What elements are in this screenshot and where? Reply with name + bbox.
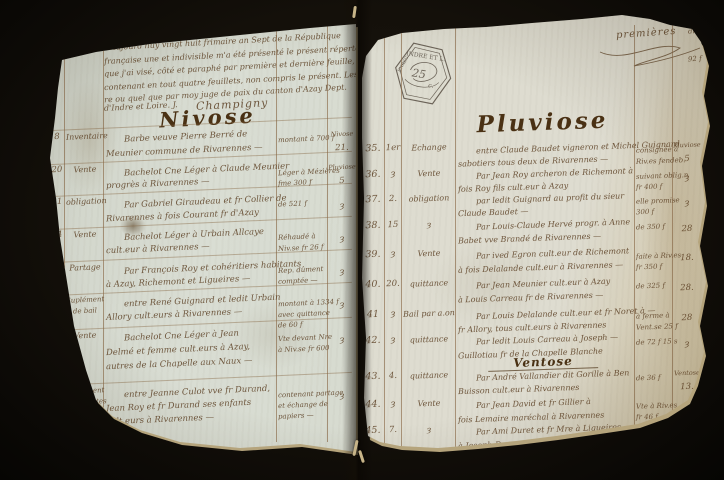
entry-day-cell: ȝ (385, 170, 401, 180)
entry-description-line: Rivarennes à fois Courant fr d'Azay (106, 209, 259, 225)
act-type-cell: Vente (66, 165, 104, 175)
entry-number-cell: 46. (362, 450, 384, 461)
entry-description-line: Par icelui à Vienne Olbéon cult.eur à — (476, 447, 636, 461)
entry-description-line: Par Louis-Claude Hervé progr. à Anne (476, 218, 630, 232)
entry-number-cell: 27. (28, 133, 48, 144)
observation-line: de 36 f (636, 375, 661, 384)
registration-date-cell: ȝ (329, 335, 355, 345)
entry-number-cell: 45. (362, 426, 384, 437)
corner-note-line: 92 f (688, 56, 702, 65)
registration-date-cell: ȝ (329, 234, 355, 244)
corner-note-line: dit 8 (688, 27, 705, 36)
entry-number-cell: 28. (28, 166, 48, 177)
observation-line: fr 142 f (636, 440, 663, 449)
entry-number-cell: 29. (28, 198, 48, 209)
entry-day-cell: 7. (385, 426, 401, 436)
registration-date-cell: 28. (674, 284, 700, 294)
entry-day-cell: 28 (49, 388, 65, 398)
act-type-cell: de bail (66, 307, 104, 316)
observation-line: Rep. dûment (278, 266, 324, 276)
stamp-region-text: INDRE ET L. (406, 50, 446, 63)
observation-line: de 521 f (278, 200, 307, 209)
entry-day-cell: ȝ (385, 450, 401, 460)
entry-day-cell: 25 (49, 264, 65, 274)
entry-description-line: Jean Roy et fr Durand ses enfants (106, 399, 252, 415)
act-type-cell: Réglement (66, 387, 104, 396)
registration-date-cell: 5 (329, 176, 355, 186)
act-type-cell: quittance (402, 335, 456, 346)
entry-number-cell: 34. (28, 388, 48, 399)
entry-description-line: Par Jean David et fr Gillier à (476, 398, 591, 411)
entry-day-cell: 20. (385, 280, 401, 290)
entry-day-cell: 24 (49, 231, 65, 241)
act-type-cell: quittance (402, 279, 456, 290)
act-type-cell: Vente (66, 331, 104, 341)
observation-line: Vent.se 25 f (636, 323, 678, 332)
entry-day-cell: ȝ (385, 310, 401, 320)
registration-date-cell: ȝ (674, 340, 700, 350)
act-type-cell: obligation (402, 194, 456, 205)
registration-date-cell: ȝ (329, 201, 355, 211)
entry-description-line: à Louis Carreau fr de Rivarennes — (458, 291, 604, 305)
entry-number-cell: 30. (28, 231, 48, 242)
act-type-cell: Vente (402, 249, 456, 260)
entry-number-cell: 43. (362, 372, 384, 383)
entry-day-cell: ȝ (385, 250, 401, 260)
registration-date-cell: 28 (674, 225, 700, 235)
registration-date-cell: 28 (674, 314, 700, 324)
registration-date-cell: ȝ (329, 391, 355, 401)
act-type-cell: Vente (402, 399, 456, 410)
entry-description-line: Par Jean Meunier cult.eur à Azay (476, 278, 610, 291)
right-page-month-title: Pluviose (435, 106, 651, 139)
entry-day-cell: 4. (385, 372, 401, 382)
act-type-cell: obligation (66, 197, 104, 207)
observation-line: et échange de (278, 401, 328, 411)
entry-description-line: Par Jean Roy archeron de Richemont à (476, 167, 633, 181)
entry-description-line: Par ledit Louis Carreau à Joseph — (476, 334, 618, 348)
registration-date-cell: ȝ (674, 454, 700, 464)
entry-description-line: fois Roy fils cult.eur à Azay (458, 182, 568, 195)
act-type-cell: Vente (402, 169, 456, 180)
registration-date-cell: 18. (674, 254, 700, 264)
entry-day-cell: 20 (49, 166, 65, 176)
entry-description-line: entre René Guignard et ledit Urbain (124, 294, 281, 310)
entry-description-line: Aligné les Bois (458, 463, 518, 474)
observation-line: fr 400 f (636, 184, 663, 193)
observation-line: Vte à Riv.es (636, 402, 677, 411)
entry-number-cell: 44. (362, 400, 384, 411)
entry-number-cell: 31. (28, 264, 48, 275)
entry-number-cell: 36. (362, 170, 384, 181)
observation-line: Niv.se fr 26 f (278, 244, 324, 254)
observation-line: 300 f (636, 209, 654, 217)
entry-description-line: Babet vve Brandé de Rivarennes — (458, 233, 601, 247)
column-rule (634, 25, 635, 468)
entry-day-cell: ȝ (385, 336, 401, 346)
entry-number-cell: 42. (362, 336, 384, 347)
entry-description-line: Bachelot Léger à Urbain Allcaye (124, 228, 264, 243)
stamp-unit: c. (428, 82, 434, 90)
stamp-value: 25 (410, 66, 427, 81)
entry-day-cell: 15 (385, 221, 401, 231)
act-type-cell: ȝ (402, 425, 456, 436)
act-type-cell: Vente (66, 230, 104, 240)
observation-line: Réhaudé à (278, 233, 316, 242)
observation-line: de 72 f 15 s (636, 338, 678, 347)
entry-number-cell: 38. (362, 221, 384, 232)
entry-day-cell: 21 (49, 198, 65, 208)
act-type-cell: quittance (402, 371, 456, 382)
entry-description-line: autres de la Chapelle aux Naux — (106, 357, 253, 373)
observation-line: fr 350 f (636, 264, 663, 273)
entry-day-cell: 27 (49, 332, 65, 342)
entry-day-cell: 2. (385, 195, 401, 205)
entry-day-cell: 26 (49, 297, 65, 307)
entry-description-line: Buisson cult.eur à Rivarennes (458, 384, 580, 397)
entry-description-line: à fois Delalande cult.eur à Rivarennes — (458, 261, 624, 276)
revenue-stamp-icon: INDRE ET L. ENREG. 25 c. (387, 38, 458, 111)
entry-day-cell: 1er (385, 144, 401, 154)
observation-line: comptée — (278, 277, 318, 286)
entry-description-line: Claude Baudet — (458, 208, 529, 219)
observation-line: à Niv.se fr 600 (278, 345, 330, 355)
column-rule (47, 26, 48, 442)
binding-thread (352, 6, 357, 18)
observation-line: opérée devant (636, 428, 687, 437)
entry-day-cell: 8 (49, 133, 65, 143)
entry-number-cell: 41 (362, 310, 384, 321)
registration-month-cell: Pluviose (326, 163, 358, 172)
registration-date-cell: ȝ (674, 430, 700, 440)
entry-description-line: Bachelot Cne Léger à Jean (124, 329, 239, 343)
entry-number-cell: 33. (28, 332, 48, 343)
entry-number-cell: 32. (28, 297, 48, 308)
observation-line: à ferme à (636, 312, 670, 321)
act-type-cell: Echange (402, 143, 456, 154)
act-type-cell: Inventaire (66, 132, 104, 142)
column-rule (327, 26, 328, 442)
registration-date-cell: 21. (329, 143, 355, 153)
entry-description-line: Par Louis Delalande cult.eur et fr Noret… (476, 307, 656, 322)
scanned-register-spread: Aujourd'huy vingt huit frimaire an Sept … (0, 0, 724, 480)
entry-description-line: Par ived Egron cult.eur de Richemont (476, 247, 629, 261)
act-type-cell: Suplément (66, 296, 104, 305)
registration-month-cell: Pluviose (671, 141, 703, 149)
act-type-cell: ȝ (402, 220, 456, 231)
registration-date-cell: ȝ (674, 174, 700, 184)
observation-line: fr 372 f (636, 464, 663, 473)
entry-number-cell: 37. (362, 195, 384, 206)
binding-thread (358, 450, 365, 463)
observation-line: de 325 f (636, 282, 665, 291)
entry-description-line: cult.eurs à Rivarennes — (106, 414, 214, 428)
entry-description-line: par ledit Guignard au profit du sieur (476, 192, 624, 206)
entry-number-cell: 40. (362, 280, 384, 291)
registration-date-cell: 5 (674, 155, 700, 165)
entry-day-cell: ȝ (385, 400, 401, 410)
observation-line: papiers — (278, 412, 314, 421)
entry-number-cell: 35. (362, 144, 384, 155)
registration-date-cell: ȝ (329, 267, 355, 277)
entry-number-cell: 39. (362, 250, 384, 261)
entry-description-line: Allory cult.eurs à Rivarennes — (106, 308, 243, 323)
act-type-cell: Partage (66, 263, 104, 273)
act-type-cell: Bail par a.on (402, 309, 456, 320)
paper-stain (640, 60, 710, 380)
observation-line: de 60 f (278, 321, 303, 330)
entry-description-line: cult.eur à Rivarennes — (106, 243, 210, 257)
row-rule (28, 372, 352, 387)
observation-line: Vte devant Nre (278, 334, 332, 344)
observation-line: signée à Aligné (636, 452, 691, 462)
entry-description-line: Par Gabriel Giraudeau et fr Collier de (124, 194, 287, 210)
observation-line: fme 300 f (278, 179, 312, 188)
registration-date-cell: ȝ (329, 300, 355, 310)
registration-month-cell: Nivose (326, 130, 358, 139)
registration-date-cell: ȝ (674, 199, 700, 209)
observation-line: de 350 f (636, 223, 665, 232)
